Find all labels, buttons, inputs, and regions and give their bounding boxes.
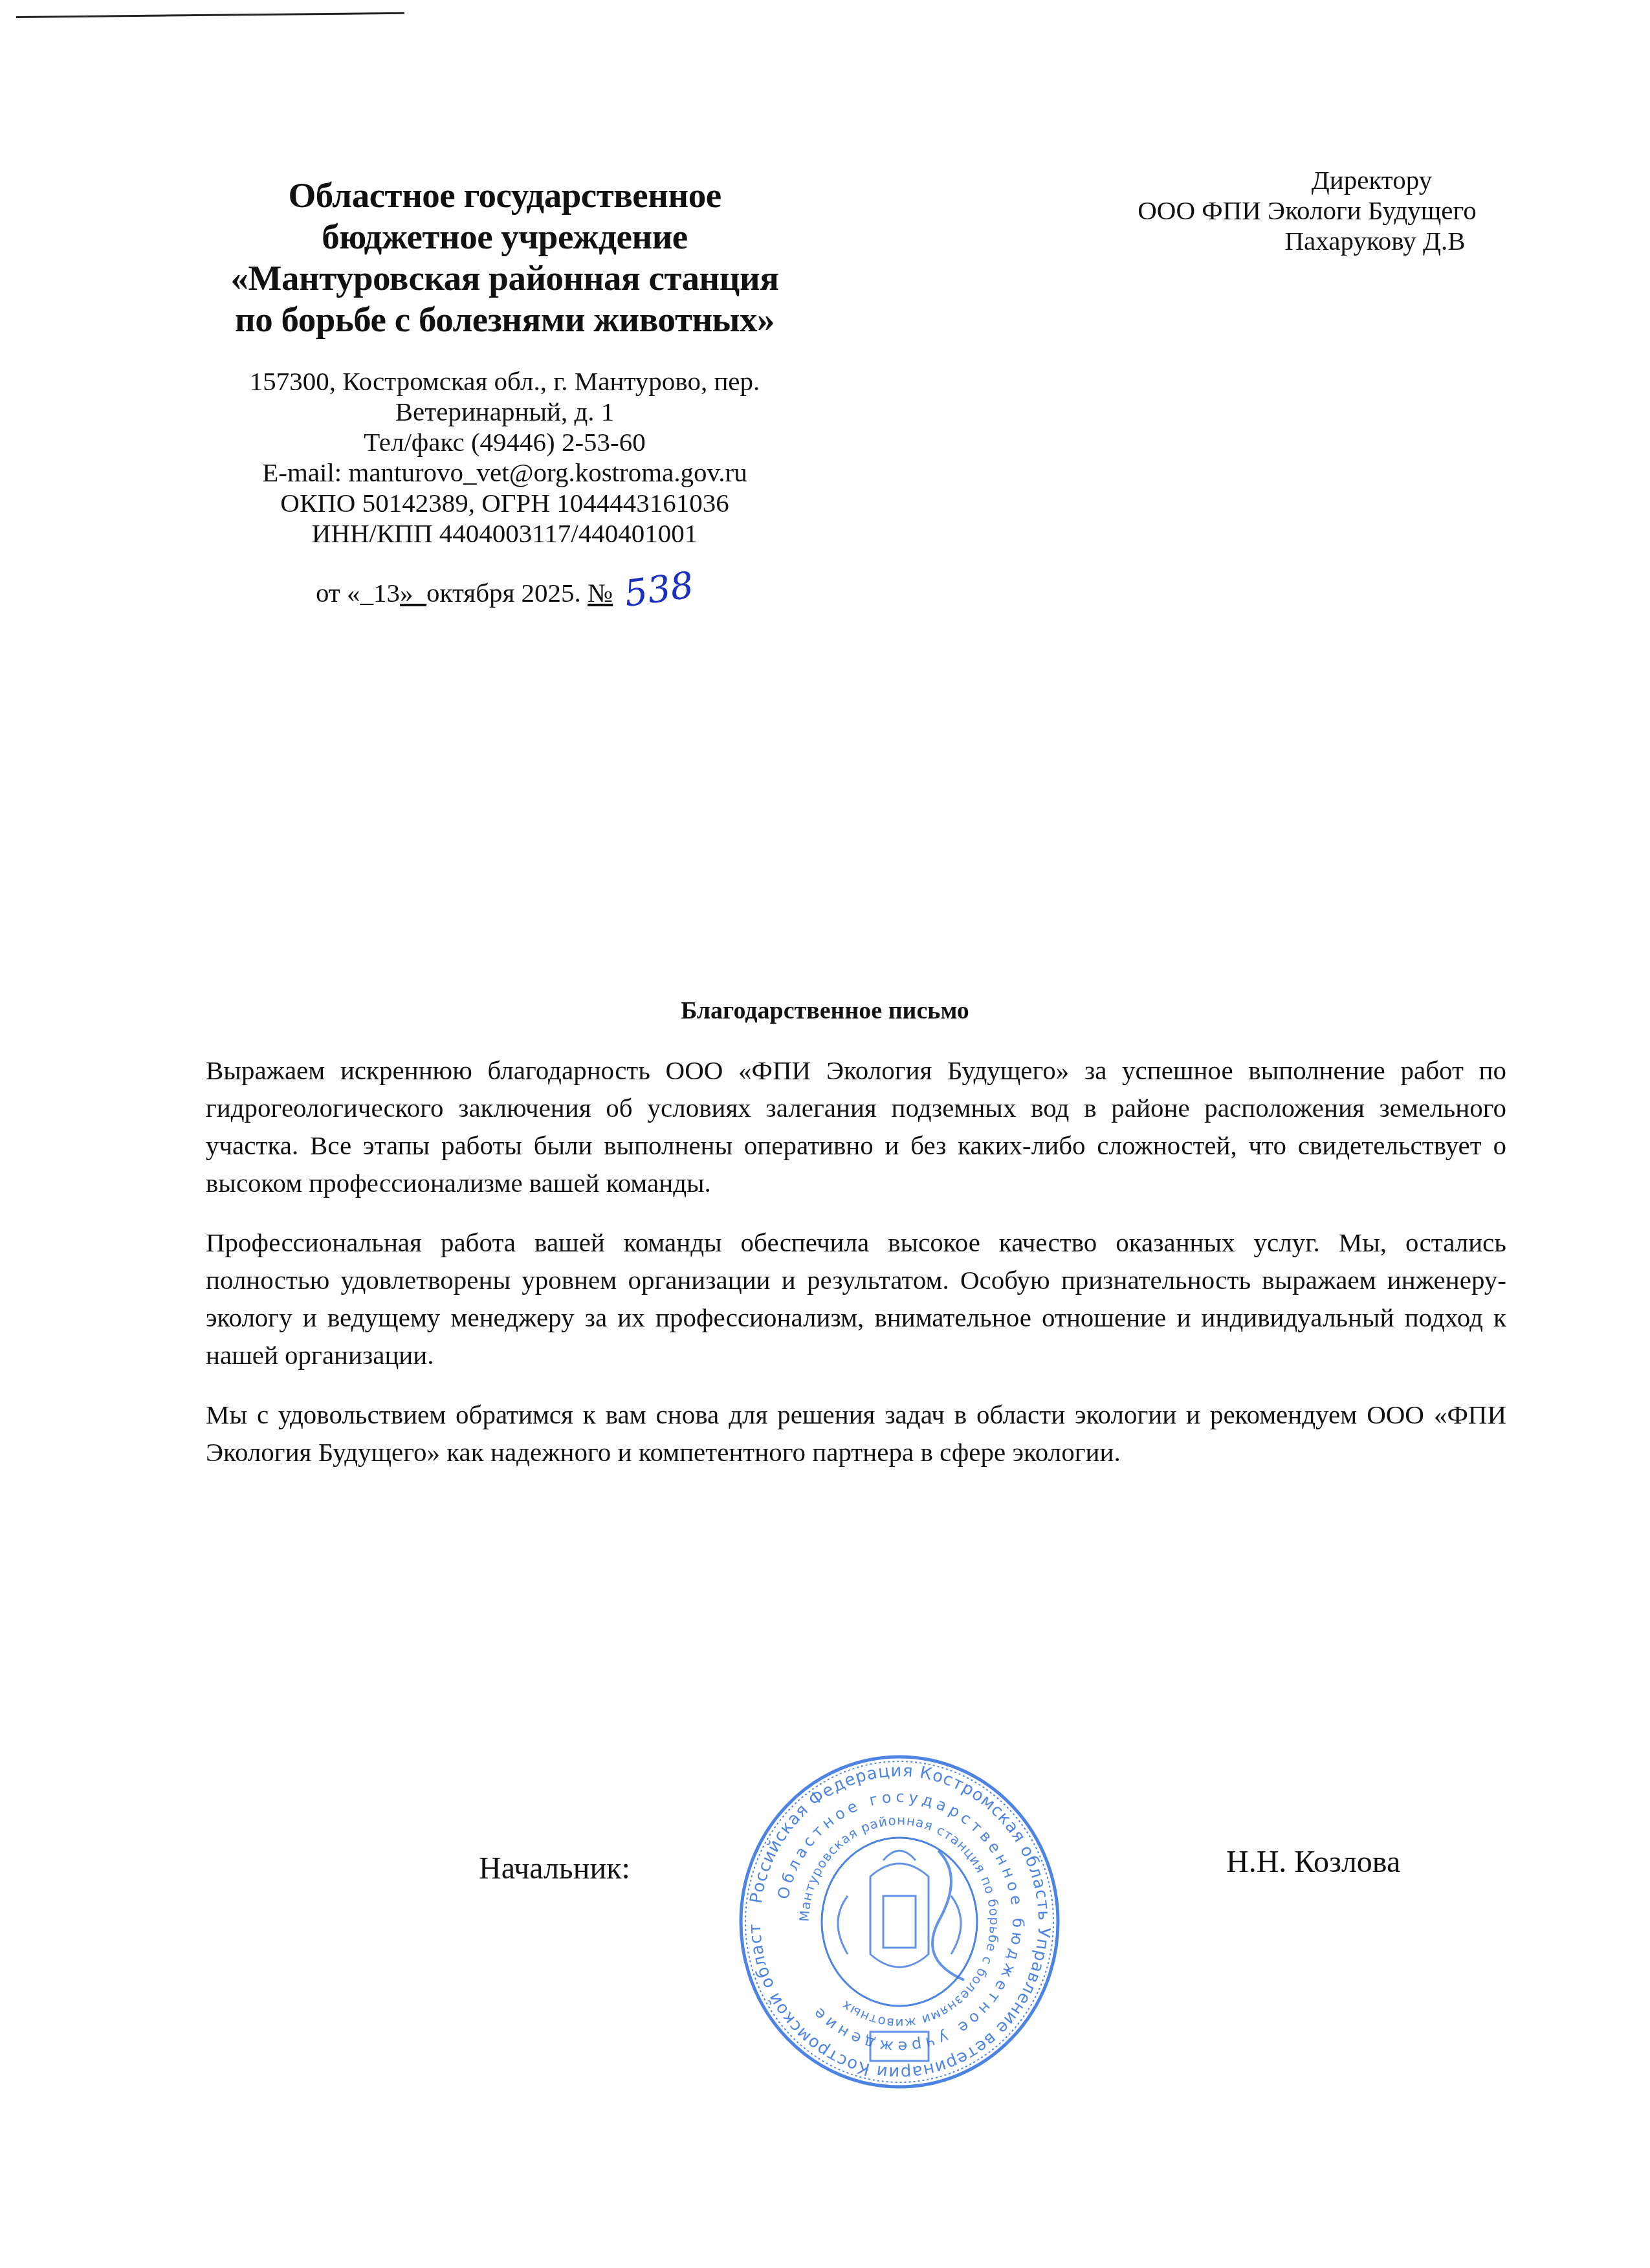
sender-org-name: Областное государственное бюджетное учре… [188,175,822,340]
sender-block: Областное государственное бюджетное учре… [188,175,822,608]
address-line: 157300, Костромская обл., г. Мантурово, … [188,366,822,397]
address-line: Ветеринарный, д. 1 [188,397,822,427]
paragraph: Профессиональная работа вашей команды об… [206,1224,1506,1374]
date-prefix: от «_13 [316,578,400,608]
svg-text:Мантуровская районная станция: Мантуровская районная станция по борьбе … [797,1812,1002,2031]
org-name-line: Областное государственное [188,175,822,216]
addressee-company: ООО ФПИ Экологи Будущего [1100,195,1514,226]
addressee-position: Директору [1100,165,1514,195]
letter-title: Благодарственное письмо [0,996,1650,1025]
org-name-line: по борьбе с болезнями животных» [188,299,822,340]
inn-kpp: ИНН/КПП 4404003117/440401001 [188,518,822,549]
document-date-number: от «_13»_октября 2025. №538 [188,575,822,608]
paragraph: Выражаем искреннюю благодарность ООО «ФП… [206,1051,1506,1202]
handwritten-number: 538 [622,570,695,610]
scan-edge-line [16,12,404,18]
signer-title: Начальник: [479,1851,630,1886]
registration-codes: ОКПО 50142389, ОГРН 1044443161036 [188,488,822,518]
official-stamp: Российская Федерация Костромская область… [731,1747,1068,2097]
org-name-line: «Мантуровская районная станция [188,258,822,299]
phone: Тел/факс (49446) 2-53-60 [188,427,822,457]
org-name-line: бюджетное учреждение [188,216,822,258]
addressee-block: Директору ООО ФПИ Экологи Будущего Пахар… [1100,165,1514,256]
stamp-seal-icon: Российская Федерация Костромская область… [731,1747,1068,2097]
number-sign: № [588,578,613,608]
email: E-mail: manturovo_vet@org.kostroma.gov.r… [188,457,822,488]
date-quote: »_ [400,578,426,608]
letter-body: Выражаем искреннюю благодарность ООО «ФП… [206,1051,1506,1493]
addressee-person: Пахарукову Д.В [1100,226,1514,256]
sender-details: 157300, Костромская обл., г. Мантурово, … [188,366,822,549]
paragraph: Мы с удовольствием обратимся к вам снова… [206,1396,1506,1471]
date-rest: октября 2025. [426,578,588,608]
signer-name: Н.Н. Козлова [1226,1844,1400,1880]
